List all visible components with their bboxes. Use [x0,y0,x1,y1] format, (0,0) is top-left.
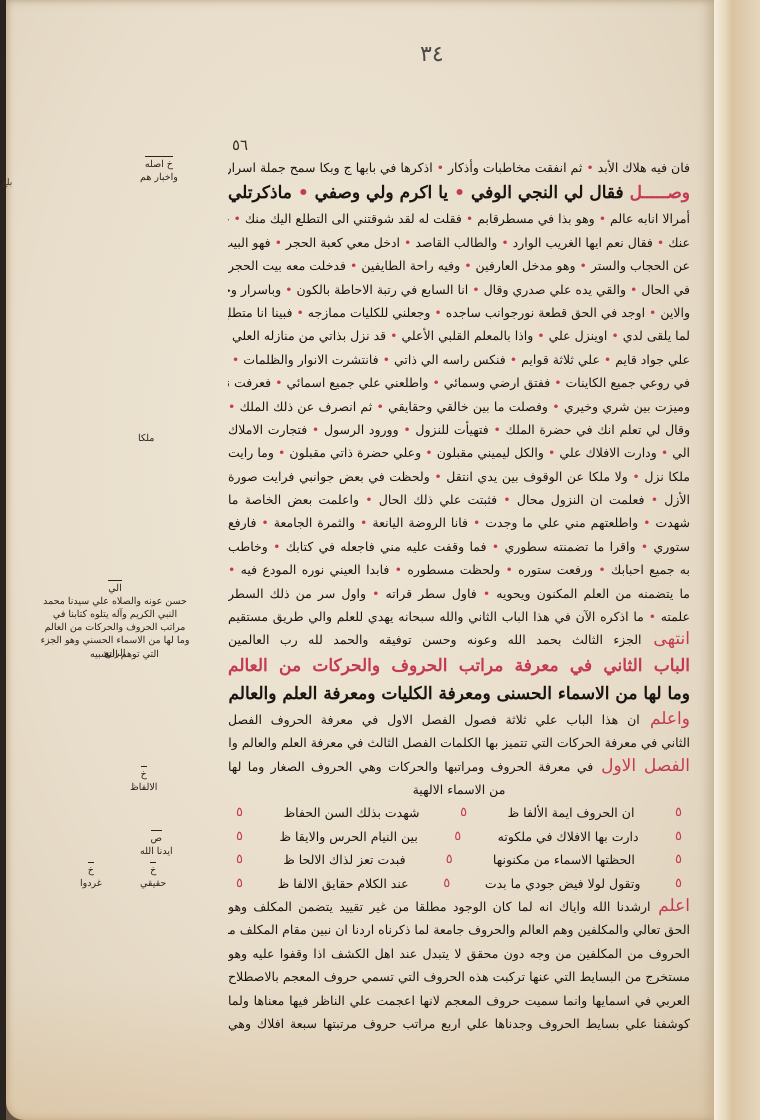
margin-note: ملكا [138,432,154,445]
verse-separator-dot: • [649,305,656,320]
hemistich-second: فبدت تعز لذاك الالحا ظ [283,848,405,871]
hemistich-first: الحظتها الاسماء من مكنونها [493,848,635,871]
text-line: به جميع احبابك • ورفعت ستوره • ولحظت مسط… [228,558,690,581]
verse-mark-icon: ٥ [236,848,243,871]
text-line: ملكا نزل • ولا ملكا عن الوقوف بين يدي ان… [228,465,690,488]
text-line: الفصل الاول في معرفة الحروف ومراتبها وال… [228,755,690,778]
verse-separator-dot: • [425,445,432,460]
verse-separator-dot: • [434,305,441,320]
margin-note: خحقيقي [140,862,166,890]
text-line: وميزت بين شري وخيري • وفصلت ما بين خالقي… [228,395,690,418]
adjacent-page-edge [714,0,760,1120]
text-line: اعلم ارشدنا الله واياك انه لما كان الوجو… [228,895,690,918]
line-text: ستوري • واقرا ما تضمنته سطوري • فما وقفت… [228,539,690,554]
verse-separator-dot: • [298,183,309,203]
margin-note-text: التي توهم التشبيه [90,649,159,660]
line-text: الثاني في معرفة الحركات التي تتميز بها ا… [228,735,690,750]
margin-note-text: ملكا [138,433,154,444]
verse-separator-dot: • [404,235,411,250]
text-line: الباب الثاني في معرفة مراتب الحروف والحر… [228,652,690,680]
verse-separator-dot: • [464,258,471,273]
verse-separator-dot: • [472,282,479,297]
margin-note: التي توهم التشبيه [90,648,159,661]
margin-note-text: ايدنا الله [140,846,173,857]
hemistich-first: ان الحروف ايمة الألفا ظ [508,801,635,824]
verse-mark-icon: ٥ [236,872,243,895]
verse-separator-dot: • [312,422,319,437]
verse-separator-dot: • [403,422,410,437]
text-line: انتهى الجزء الثالث بحمد الله وعونه وحسن … [228,628,690,651]
margin-note: خغردوا [80,862,102,890]
line-text: ان هذا الباب علي ثلاثة فصول الفصل الاول … [228,712,640,727]
line-text: أمرالا انابه عالم • وهو بذا في مسطرقابم … [228,211,690,226]
verse-separator-dot: • [630,282,637,297]
verse-separator-dot: • [285,282,292,297]
rubric-word: انتهى [642,629,690,649]
margin-note-mark: خ اصله [145,156,173,171]
line-text: وميزت بين شري وخيري • وفصلت ما بين خالقي… [228,399,690,414]
verse-separator-dot: • [501,235,508,250]
text-line: ما يتضمنه من العلم المكنون ويحويه • فاول… [228,582,690,605]
text-line: واعلم ان هذا الباب علي ثلاثة فصول الفصل … [228,708,690,731]
verse-separator-dot: • [395,562,402,577]
line-text: والاين • اوجد في الحق قطعة نورجوانب ساجد… [228,305,690,320]
margin-note-mark: ص [151,830,163,845]
verse-separator-dot: • [554,375,561,390]
text-line: ستوري • واقرا ما تضمنته سطوري • فما وقفت… [228,535,690,558]
poem-verse: ٥ان الحروف ايمة الألفا ظ٥شهدت بذلك السن … [228,801,690,824]
line-text: فقال لي النجي الوفي • يا اكرم ولي وصفي •… [228,183,624,203]
verse-mark-icon: ٥ [460,801,467,824]
line-text: ملكا نزل • ولا ملكا عن الوقوف بين يدي ان… [228,469,690,484]
line-text: مستخرج من البسايط التي عنها تركبت هذه ال… [228,969,690,984]
verse-separator-dot: • [390,328,397,343]
margin-note-text: واخبار هم [140,172,178,183]
verse-separator-dot: • [360,515,367,530]
rubric-word: اعلم [650,896,690,916]
verse-separator-dot: • [296,305,303,320]
verse-separator-dot: • [580,258,587,273]
line-text: العربي في اسمايها وانما سميت حروف المعجم… [228,993,690,1008]
verse-separator-dot: • [372,586,379,601]
line-text: وقال لي تعلم انك في حضرة الملك • فتهيأت … [228,422,690,437]
line-text: علمته • ما اذكره الآن في هذا الباب الثان… [228,609,690,624]
verse-mark-icon: ٥ [446,848,453,871]
hemistich-second: بين النيام الحرس والايقا ظ [279,825,417,848]
verse-separator-dot: • [234,211,241,226]
verse-mark-icon: ٥ [675,872,682,895]
verse-separator-dot: • [275,375,282,390]
margin-note-text: حقيقي [140,878,166,889]
verse-mark-icon: ٥ [443,872,450,895]
verse-separator-dot: • [466,211,473,226]
verse-mark-icon: ٥ [454,825,461,848]
verse-separator-dot: • [643,515,650,530]
line-text: في روعي جميع الكاينات • ففتق ارضي وسمائي… [228,375,690,390]
verse-separator-dot: • [273,539,280,554]
verse-separator-dot: • [632,469,639,484]
text-line: أمرالا انابه عالم • وهو بذا في مسطرقابم … [228,207,690,230]
verse-separator-dot: • [483,586,490,601]
verse-separator-dot: • [548,445,555,460]
verse-separator-dot: • [641,539,648,554]
hemistich-second: عند الكلام حقايق الالفا ظ [278,872,409,895]
line-text: الي • ودارت الافلاك علي • والكل ليميني م… [228,445,690,460]
text-line: والاين • اوجد في الحق قطعة نورجوانب ساجد… [228,301,690,324]
margin-note-mark: خ [141,766,147,781]
verse-mark-icon: ٥ [236,825,243,848]
verse-separator-dot: • [598,562,605,577]
margin-note-mark: الي [108,580,121,595]
verse-separator-dot: • [275,235,282,250]
margin-note: صايدنا الله [140,830,173,858]
text-line: من الاسماء الالهية [228,778,690,801]
text-line: وصـــــل فقال لي النجي الوفي • يا اكرم و… [228,179,690,207]
line-text: في الحال • والقي يده علي صدري وقال • انا… [228,282,690,297]
verse-separator-dot: • [432,375,439,390]
hemistich-first: وتقول لولا فيض جودي ما بدت [485,872,641,895]
verse-separator-dot: • [232,352,239,367]
verse-separator-dot: • [661,445,668,460]
text-line: علي جواد قايم • علي ثلاثة قوايم • فنكس ر… [228,348,690,371]
margin-note: خ اصلهواخبار هم [140,156,178,184]
rubric-word: الفصل الاول [593,756,690,776]
line-text: عن الحجاب والستر • وهو مدخل العارفين • و… [228,258,690,273]
verse-separator-dot: • [552,399,559,414]
verse-mark-icon: ٥ [675,848,682,871]
line-text: وما لها من الاسماء الحسنى ومعرفة الكليات… [228,684,690,704]
verse-separator-dot: • [492,539,499,554]
gutter-note: بلغ [2,178,12,188]
chapter-heading: الباب الثاني في معرفة مراتب الحروف والحر… [228,656,690,676]
verse-separator-dot: • [473,515,480,530]
text-line: في روعي جميع الكاينات • ففتق ارضي وسمائي… [228,371,690,394]
text-line: الي • ودارت الافلاك علي • والكل ليميني م… [228,441,690,464]
catchword: ٥٦ [232,136,248,154]
margin-note: خالالفاظ [130,766,157,794]
rubric-word: وصـــــل [624,183,690,203]
text-line: عن الحجاب والستر • وهو مدخل العارفين • و… [228,254,690,277]
text-line: مستخرج من البسايط التي عنها تركبت هذه ال… [228,965,690,988]
verse-separator-dot: • [510,352,517,367]
poem-verse: ٥دارت بها الافلاك في ملكوته٥بين النيام ا… [228,825,690,848]
line-text: شهدت • واطلعتهم مني علي ما وجدت • فانا ا… [228,515,690,530]
verse-separator-dot: • [434,469,441,484]
verse-separator-dot: • [437,160,444,175]
rubric-word: واعلم [640,709,690,729]
verse-separator-dot: • [493,422,500,437]
verse-separator-dot: • [228,399,235,414]
text-line: وما لها من الاسماء الحسنى ومعرفة الكليات… [228,680,690,708]
verse-separator-dot: • [586,160,593,175]
verse-separator-dot: • [503,492,510,507]
line-text: الجزء الثالث بحمد الله وعونه وحسن توفيقه… [228,632,642,647]
line-text: علي جواد قايم • علي ثلاثة قوايم • فنكس ر… [228,352,690,367]
line-text: الأزل • فعلمت ان النزول محال • فثبتت علي… [228,492,690,507]
text-line: الثاني في معرفة الحركات التي تتميز بها ا… [228,731,690,754]
verse-separator-dot: • [604,352,611,367]
text-line: لما يلقى لدي • اوينزل علي • واذا بالمعلم… [228,324,690,347]
verse-separator-dot: • [537,328,544,343]
verse-separator-dot: • [454,183,465,203]
verse-separator-dot: • [365,492,372,507]
main-text-block: فان فيه هلاك الأبد • ثم انفقت مخاطبات وأ… [228,156,690,1035]
margin-note-text: غردوا [80,878,102,889]
verse-separator-dot: • [651,492,658,507]
text-line: كوشفنا علي بسايط الحروف وجدناها علي اربع… [228,1012,690,1035]
text-line: العربي في اسمايها وانما سميت حروف المعجم… [228,989,690,1012]
margin-note-mark: خ [88,862,94,877]
poem-verse: ٥وتقول لولا فيض جودي ما بدت٥عند الكلام ح… [228,872,690,895]
verse-separator-dot: • [599,211,606,226]
verse-separator-dot: • [657,235,664,250]
line-text: ما يتضمنه من العلم المكنون ويحويه • فاول… [228,586,690,601]
verse-mark-icon: ٥ [236,801,243,824]
verse-separator-dot: • [228,562,235,577]
margin-note-text: الالفاظ [130,782,157,793]
text-line: وقال لي تعلم انك في حضرة الملك • فتهيأت … [228,418,690,441]
verse-mark-icon: ٥ [675,825,682,848]
text-line: الحروف من المكلفين من وجه دون محقق لا يت… [228,942,690,965]
text-line: علمته • ما اذكره الآن في هذا الباب الثان… [228,605,690,628]
line-text: كوشفنا علي بسايط الحروف وجدناها علي اربع… [228,1016,690,1031]
text-line: الحق تعالي والمكلفين وهم العالم والحروف … [228,918,690,941]
verse-separator-dot: • [377,399,384,414]
text-line: شهدت • واطلعتهم مني علي ما وجدت • فانا ا… [228,511,690,534]
poem-verse: ٥الحظتها الاسماء من مكنونها٥فبدت تعز لذا… [228,848,690,871]
folio-number: ٣٤ [420,42,444,67]
verse-mark-icon: ٥ [675,801,682,824]
line-text: في معرفة الحروف ومراتبها والحركات وهي ال… [228,759,593,774]
verse-separator-dot: • [506,562,513,577]
text-line: الأزل • فعلمت ان النزول محال • فثبتت علي… [228,488,690,511]
line-text: لما يلقى لدي • اوينزل علي • واذا بالمعلم… [228,328,690,343]
margin-note-mark: خ [150,862,156,877]
verse-separator-dot: • [649,609,656,624]
verse-separator-dot: • [350,258,357,273]
line-text: فان فيه هلاك الأبد • ثم انفقت مخاطبات وأ… [228,160,690,175]
verse-separator-dot: • [611,328,618,343]
hemistich-second: شهدت بذلك السن الحفاظ [284,801,420,824]
line-text: من الاسماء الالهية [413,782,506,797]
hemistich-first: دارت بها الافلاك في ملكوته [498,825,639,848]
verse-separator-dot: • [383,352,390,367]
text-line: فان فيه هلاك الأبد • ثم انفقت مخاطبات وأ… [228,156,690,179]
verse-separator-dot: • [278,445,285,460]
text-line: عنك • فقال نعم ايها الغريب الوارد • والط… [228,231,690,254]
line-text: به جميع احبابك • ورفعت ستوره • ولحظت مسط… [228,562,690,577]
line-text: الحروف من المكلفين من وجه دون محقق لا يت… [228,946,690,961]
verse-separator-dot: • [261,515,268,530]
text-line: في الحال • والقي يده علي صدري وقال • انا… [228,278,690,301]
line-text: الحق تعالي والمكلفين وهم العالم والحروف … [228,922,690,937]
line-text: ارشدنا الله واياك انه لما كان الوجود مطل… [228,899,650,914]
line-text: عنك • فقال نعم ايها الغريب الوارد • والط… [228,235,690,250]
